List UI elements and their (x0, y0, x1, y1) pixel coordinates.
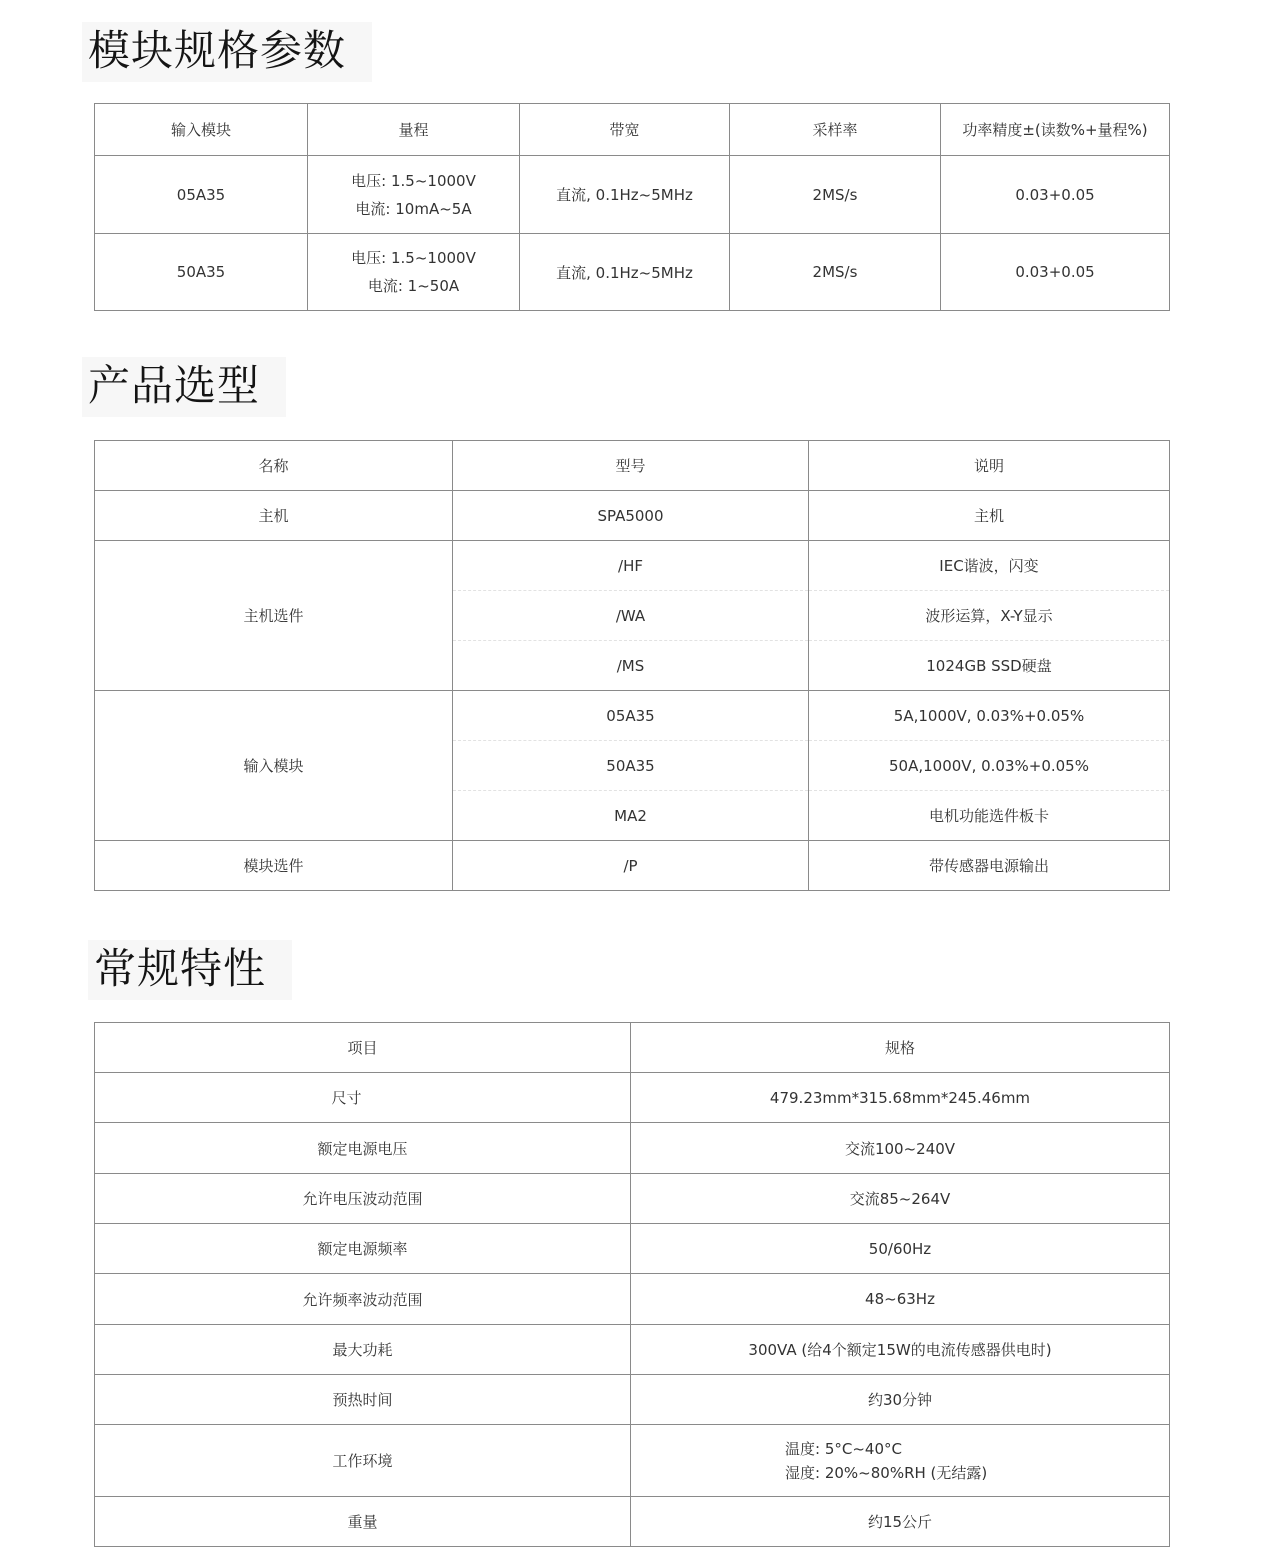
model-cell: /P (453, 841, 809, 891)
table-row: 额定电源电压 交流100~240V (95, 1123, 1170, 1174)
header-input-module: 输入模块 (95, 104, 308, 156)
spec-cell: 300VA (给4个额定15W的电流传感器供电时) (631, 1325, 1170, 1375)
header-spec: 规格 (631, 1023, 1170, 1073)
desc-cell: 5A,1000V, 0.03%+0.05% (809, 691, 1170, 741)
table-row: 预热时间 约30分钟 (95, 1375, 1170, 1425)
desc-cell: 电机功能选件板卡 (809, 791, 1170, 841)
group-name: 主机 (95, 491, 453, 541)
item-cell: 重量 (95, 1497, 631, 1547)
table-row: 尺寸 479.23mm*315.68mm*245.46mm (95, 1073, 1170, 1123)
group-name: 主机选件 (95, 541, 453, 691)
table-row: 允许电压波动范围 交流85~264V (95, 1174, 1170, 1224)
spec-cell: 48~63Hz (631, 1274, 1170, 1325)
header-name: 名称 (95, 441, 453, 491)
model-cell: 05A35 (453, 691, 809, 741)
range-cell: 电压: 1.5~1000V 电流: 1~50A (308, 234, 520, 311)
table-row: 主机选件 /HF IEC谐波，闪变 (95, 541, 1170, 591)
spec-cell: 交流100~240V (631, 1123, 1170, 1174)
spec-cell: 50/60Hz (631, 1224, 1170, 1274)
sample-rate-cell: 2MS/s (730, 156, 941, 234)
section-title-general-specs: 常规特性 (88, 940, 292, 1000)
spec-cell: 交流85~264V (631, 1174, 1170, 1224)
table-row: 最大功耗 300VA (给4个额定15W的电流传感器供电时) (95, 1325, 1170, 1375)
table-row: 50A35 电压: 1.5~1000V 电流: 1~50A 直流, 0.1Hz~… (95, 234, 1170, 311)
table-header-row: 名称 型号 说明 (95, 441, 1170, 491)
bandwidth-cell: 直流, 0.1Hz~5MHz (520, 234, 730, 311)
spec-cell: 约30分钟 (631, 1375, 1170, 1425)
item-cell: 允许电压波动范围 (95, 1174, 631, 1224)
section-title-module-specs: 模块规格参数 (82, 22, 372, 82)
general-specs-table: 项目 规格 尺寸 479.23mm*315.68mm*245.46mm 额定电源… (94, 1022, 1170, 1547)
item-cell: 最大功耗 (95, 1325, 631, 1375)
table-row: 额定电源频率 50/60Hz (95, 1224, 1170, 1274)
accuracy-cell: 0.03+0.05 (941, 234, 1170, 311)
range-current: 电流: 1~50A (312, 272, 515, 300)
desc-cell: 波形运算，X-Y显示 (809, 591, 1170, 641)
header-bandwidth: 带宽 (520, 104, 730, 156)
table-row: 输入模块 05A35 5A,1000V, 0.03%+0.05% (95, 691, 1170, 741)
header-item: 项目 (95, 1023, 631, 1073)
sample-rate-cell: 2MS/s (730, 234, 941, 311)
spec-cell: 温度: 5°C~40°C 湿度: 20%~80%RH (无结露) (631, 1425, 1170, 1497)
range-current: 电流: 10mA~5A (312, 195, 515, 223)
model-cell: /MS (453, 641, 809, 691)
module-cell: 50A35 (95, 234, 308, 311)
table-row: 主机 SPA5000 主机 (95, 491, 1170, 541)
table-row: 模块选件 /P 带传感器电源输出 (95, 841, 1170, 891)
table-row: 允许频率波动范围 48~63Hz (95, 1274, 1170, 1325)
model-cell: MA2 (453, 791, 809, 841)
header-model: 型号 (453, 441, 809, 491)
model-cell: 50A35 (453, 741, 809, 791)
header-description: 说明 (809, 441, 1170, 491)
item-cell: 工作环境 (95, 1425, 631, 1497)
header-sample-rate: 采样率 (730, 104, 941, 156)
group-name: 模块选件 (95, 841, 453, 891)
header-range: 量程 (308, 104, 520, 156)
item-cell: 允许频率波动范围 (95, 1274, 631, 1325)
table-header-row: 项目 规格 (95, 1023, 1170, 1073)
table-row: 工作环境 温度: 5°C~40°C 湿度: 20%~80%RH (无结露) (95, 1425, 1170, 1497)
model-cell: SPA5000 (453, 491, 809, 541)
range-cell: 电压: 1.5~1000V 电流: 10mA~5A (308, 156, 520, 234)
bandwidth-cell: 直流, 0.1Hz~5MHz (520, 156, 730, 234)
desc-cell: 1024GB SSD硬盘 (809, 641, 1170, 691)
temperature-range: 温度: 5°C~40°C (785, 1437, 987, 1461)
model-cell: /WA (453, 591, 809, 641)
spec-cell: 479.23mm*315.68mm*245.46mm (631, 1073, 1170, 1123)
module-cell: 05A35 (95, 156, 308, 234)
humidity-range: 湿度: 20%~80%RH (无结露) (785, 1461, 987, 1485)
range-voltage: 电压: 1.5~1000V (312, 244, 515, 272)
table-row: 05A35 电压: 1.5~1000V 电流: 10mA~5A 直流, 0.1H… (95, 156, 1170, 234)
item-cell: 尺寸 (95, 1073, 631, 1123)
desc-cell: 主机 (809, 491, 1170, 541)
table-row: 重量 约15公斤 (95, 1497, 1170, 1547)
module-specs-table: 输入模块 量程 带宽 采样率 功率精度±(读数%+量程%) 05A35 电压: … (94, 103, 1170, 311)
model-cell: /HF (453, 541, 809, 591)
desc-cell: 带传感器电源输出 (809, 841, 1170, 891)
item-cell: 额定电源频率 (95, 1224, 631, 1274)
desc-cell: IEC谐波，闪变 (809, 541, 1170, 591)
item-cell: 预热时间 (95, 1375, 631, 1425)
desc-cell: 50A,1000V, 0.03%+0.05% (809, 741, 1170, 791)
product-selection-table: 名称 型号 说明 主机 SPA5000 主机 主机选件 /HF IEC谐波，闪变… (94, 440, 1170, 891)
spec-cell: 约15公斤 (631, 1497, 1170, 1547)
table-header-row: 输入模块 量程 带宽 采样率 功率精度±(读数%+量程%) (95, 104, 1170, 156)
section-title-product-selection: 产品选型 (82, 357, 286, 417)
item-cell: 额定电源电压 (95, 1123, 631, 1174)
header-accuracy: 功率精度±(读数%+量程%) (941, 104, 1170, 156)
accuracy-cell: 0.03+0.05 (941, 156, 1170, 234)
group-name: 输入模块 (95, 691, 453, 841)
range-voltage: 电压: 1.5~1000V (312, 167, 515, 195)
